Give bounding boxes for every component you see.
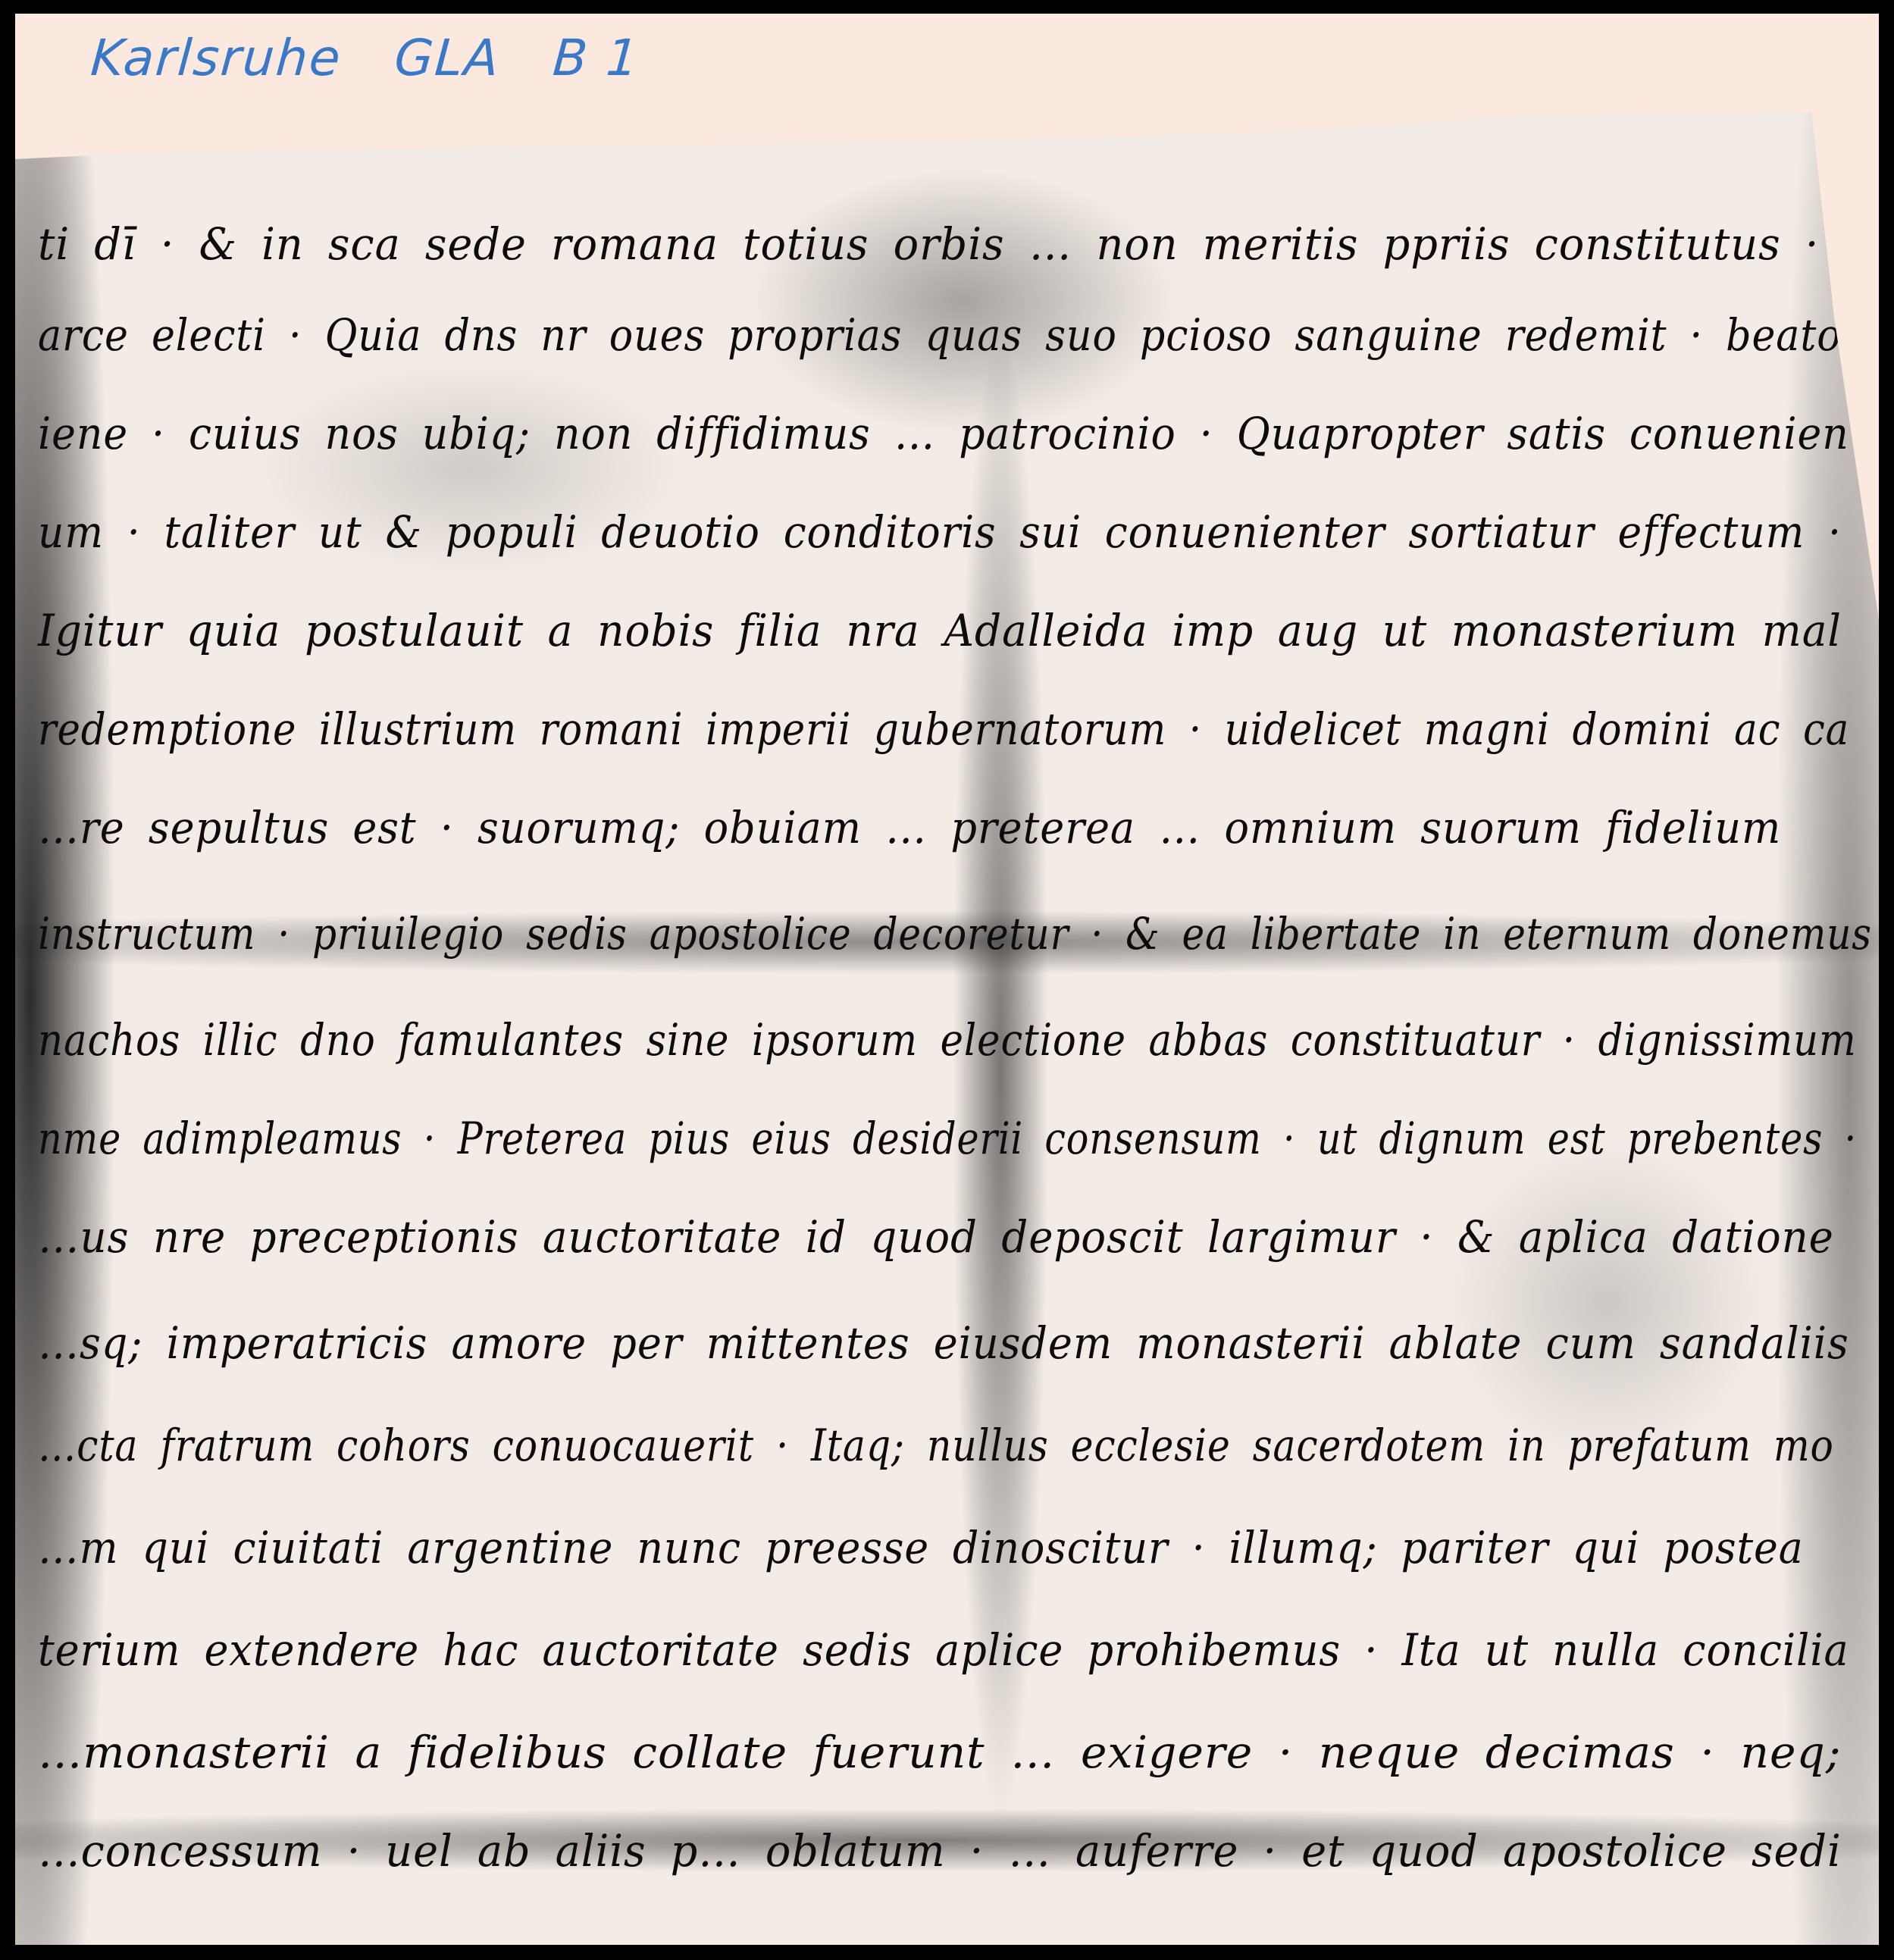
manuscript-line-8: instructum · priuilegio sedis apostolice…: [38, 908, 1872, 960]
archive-signature: B 1: [551, 29, 642, 87]
manuscript-line-17: …concessum · uel ab aliis p… oblatum · ……: [38, 1825, 1842, 1877]
parchment-charter: ti dī · & in sca sede romana totius orbi…: [15, 14, 1879, 1945]
manuscript-line-3: iene · cuius nos ubiq; non diffidimus … …: [38, 408, 1849, 459]
manuscript-line-2: arce electi · Quia dns nr oues proprias …: [38, 309, 1842, 361]
manuscript-line-11: …us nre preceptionis auctoritate id quod…: [38, 1211, 1834, 1263]
archive-city: Karlsruhe: [89, 29, 343, 87]
manuscript-line-6: redemptione illustrium romani imperii gu…: [38, 703, 1849, 755]
manuscript-line-13: …cta fratrum cohors conuocauerit · Itaq;…: [38, 1420, 1834, 1471]
manuscript-line-12: …sq; imperatricis amore per mittentes ei…: [38, 1317, 1849, 1369]
archive-name: GLA: [393, 29, 502, 87]
manuscript-line-5: Igitur quia postulauit a nobis filia nra…: [38, 605, 1842, 656]
manuscript-line-7: …re sepultus est · suorumq; obuiam … pre…: [38, 802, 1781, 853]
manuscript-line-1: ti dī · & in sca sede romana totius orbi…: [38, 218, 1819, 270]
manuscript-line-10: nme adimpleamus · Preterea pius eius des…: [38, 1113, 1857, 1164]
manuscript-line-14: …m qui ciuitati argentine nunc preesse d…: [38, 1522, 1804, 1573]
manuscript-line-4: um · taliter ut & populi deuotio condito…: [38, 506, 1842, 558]
manuscript-line-16: …monasterii a fidelibus collate fuerunt …: [38, 1727, 1841, 1778]
manuscript-line-9: nachos illic dno famulantes sine ipsorum…: [38, 1014, 1857, 1066]
manuscript-line-15: terium extendere hac auctoritate sedis a…: [38, 1624, 1849, 1676]
photograph: KarlsruheGLAB 1 ti dī · & in sca sede ro…: [15, 14, 1879, 1945]
archive-shelfmark-label: KarlsruheGLAB 1: [89, 29, 694, 87]
